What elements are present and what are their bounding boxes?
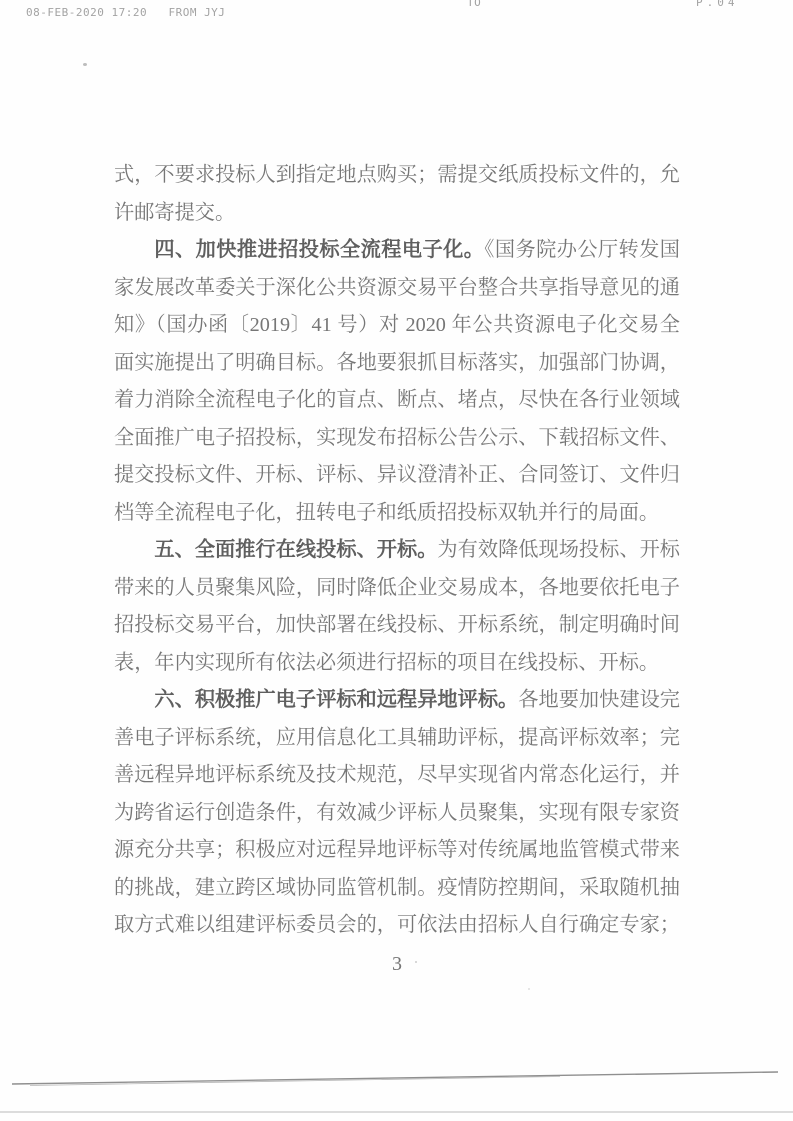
scan-speck [83,63,87,66]
text-line: 取方式难以组建评标委员会的，可依法由招标人自行确定专家； [114,907,680,945]
text-line: 面实施提出了明确目标。各地要狠抓目标落实，加强部门协调， [114,345,680,383]
text-run: 善电子评标系统，应用信息化工具辅助评标，提高评标效率；完 [114,727,680,749]
text-run: 知》（国办函〔2019〕41 号）对 2020 年公共资源电子化交易全 [114,314,680,336]
text-run: 全面推广电子招投标，实现发布招标公告公示、下载招标文件、 [114,427,680,449]
section-heading: 四、加快推进招投标全流程电子化。 [154,239,484,261]
text-line: 着力消除全流程电子化的盲点、断点、堵点，尽快在各行业领域 [114,382,680,420]
text-line: 招投标交易平台，加快部署在线投标、开标系统，制定明确时间 [114,607,680,645]
page-number: 3 [114,953,680,976]
scan-speck [528,988,530,990]
text-line: 表，年内实现所有依法必须进行招标的项目在线投标、开标。 [114,645,680,683]
text-line: 家发展改革委关于深化公共资源交易平台整合共享指导意见的通 [114,270,680,308]
text-run: 善远程异地评标系统及技术规范，尽早实现省内常态化运行，并 [114,764,680,786]
text-run: 家发展改革委关于深化公共资源交易平台整合共享指导意见的通 [114,277,680,299]
text-run: 带来的人员聚集风险，同时降低企业交易成本，各地要依托电子 [114,577,680,599]
text-run: 源充分共享；积极应对远程异地评标等对传统属地监管模式带来 [114,839,680,861]
text-line: 的挑战，建立跨区域协同监管机制。疫情防控期间，采取随机抽 [114,870,680,908]
text-line: 许邮寄提交。 [114,195,680,233]
text-line: 六、积极推广电子评标和远程异地评标。各地要加快建设完 [114,682,680,720]
fax-header-page-number: P.04 [696,0,739,9]
scan-artifact-line [0,1063,793,1093]
text-run: 提交投标文件、开标、评标、异议澄清补正、合同签订、文件归 [114,464,680,486]
scanned-page: 08-FEB-2020 17:20 FROM JYJ TO P.04 式，不要求… [0,0,793,1121]
document-body: 式，不要求投标人到指定地点购买；需提交纸质投标文件的，允许邮寄提交。四、加快推进… [114,157,680,945]
text-line: 善电子评标系统，应用信息化工具辅助评标，提高评标效率；完 [114,720,680,758]
text-run: 表，年内实现所有依法必须进行招标的项目在线投标、开标。 [114,652,659,674]
text-line: 源充分共享；积极应对远程异地评标等对传统属地监管模式带来 [114,832,680,870]
text-line: 为跨省运行创造条件，有效减少评标人员聚集，实现有限专家资 [114,795,680,833]
text-run: 《国务院办公厅转发国 [484,239,680,261]
fax-header-timestamp: 08-FEB-2020 17:20 FROM JYJ [26,6,225,19]
text-run: 面实施提出了明确目标。各地要狠抓目标落实，加强部门协调， [114,352,680,374]
text-run: 为有效降低现场投标、开标 [437,539,680,561]
text-run: 许邮寄提交。 [114,202,235,224]
text-run: 为跨省运行创造条件，有效减少评标人员聚集，实现有限专家资 [114,802,680,824]
text-run: 式，不要求投标人到指定地点购买；需提交纸质投标文件的，允 [114,164,680,186]
text-line: 五、全面推行在线投标、开标。为有效降低现场投标、开标 [114,532,680,570]
text-line: 带来的人员聚集风险，同时降低企业交易成本，各地要依托电子 [114,570,680,608]
text-line: 式，不要求投标人到指定地点购买；需提交纸质投标文件的，允 [114,157,680,195]
text-run: 取方式难以组建评标委员会的，可依法由招标人自行确定专家； [114,914,680,936]
text-run: 档等全流程电子化，扭转电子和纸质招投标双轨并行的局面。 [114,502,659,524]
text-line: 四、加快推进招投标全流程电子化。《国务院办公厅转发国 [114,232,680,270]
text-line: 全面推广电子招投标，实现发布招标公告公示、下载招标文件、 [114,420,680,458]
text-line: 提交投标文件、开标、评标、异议澄清补正、合同签订、文件归 [114,457,680,495]
text-line: 档等全流程电子化，扭转电子和纸质招投标双轨并行的局面。 [114,495,680,533]
text-run: 着力消除全流程电子化的盲点、断点、堵点，尽快在各行业领域 [114,389,680,411]
text-run: 的挑战，建立跨区域协同监管机制。疫情防控期间，采取随机抽 [114,877,680,899]
section-heading: 五、全面推行在线投标、开标。 [154,539,437,561]
text-run: 招投标交易平台，加快部署在线投标、开标系统，制定明确时间 [114,614,680,636]
section-heading: 六、积极推广电子评标和远程异地评标。 [154,689,518,711]
text-run: 各地要加快建设完 [518,689,680,711]
fax-header-to: TO [467,0,481,9]
text-line: 知》（国办函〔2019〕41 号）对 2020 年公共资源电子化交易全 [114,307,680,345]
text-line: 善远程异地评标系统及技术规范，尽早实现省内常态化运行，并 [114,757,680,795]
scan-page-edge [0,1111,793,1113]
